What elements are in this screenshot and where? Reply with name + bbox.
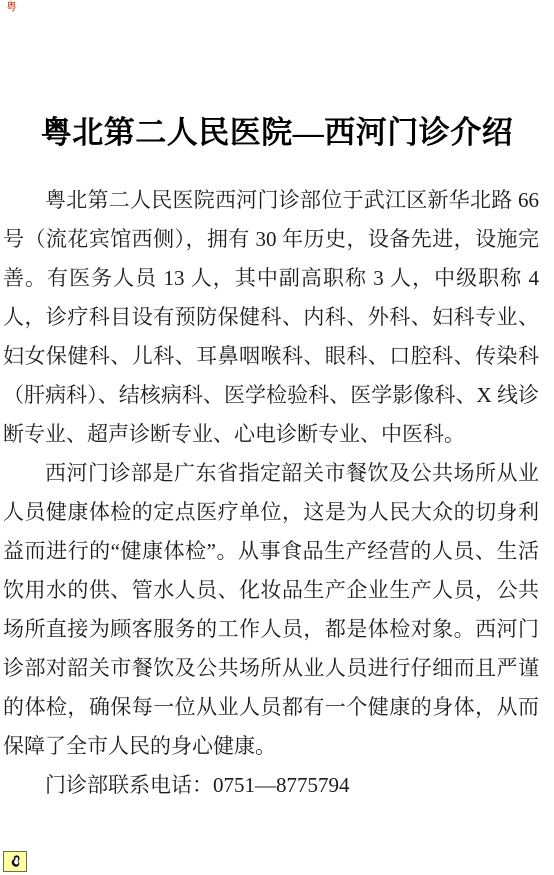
embedded-object-icon[interactable] <box>3 851 27 872</box>
contact-phone-line: 门诊部联系电话：0751—8775794 <box>3 766 539 805</box>
document-title: 粤北第二人民医院—西河门诊介绍 <box>10 112 544 154</box>
red-corner-mark: 粤 <box>6 2 17 13</box>
document-page: 粤 粤北第二人民医院—西河门诊介绍 粤北第二人民医院西河门诊部位于武江区新华北路… <box>0 0 554 875</box>
paragraph-clinic-intro: 粤北第二人民医院西河门诊部位于武江区新华北路 66 号（流花宾馆西侧），拥有 3… <box>3 181 539 454</box>
paragraph-health-check: 西河门诊部是广东省指定韶关市餐饮及公共场所从业人员健康体检的定点医疗单位，这是为… <box>3 454 539 766</box>
document-body: 粤北第二人民医院西河门诊部位于武江区新华北路 66 号（流花宾馆西侧），拥有 3… <box>3 181 539 805</box>
curl-glyph-icon <box>8 854 23 870</box>
